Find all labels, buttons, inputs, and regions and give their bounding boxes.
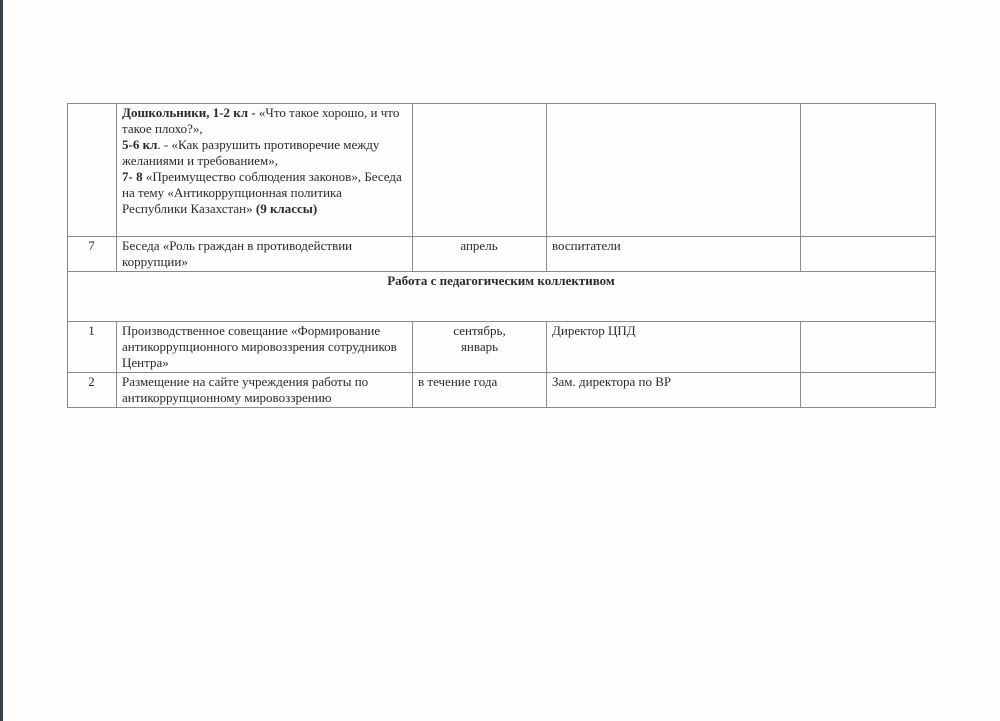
date-cell: апрель: [413, 237, 547, 272]
note-cell: [801, 373, 936, 408]
note-cell: [801, 237, 936, 272]
event-text: 5-6 кл: [122, 137, 157, 152]
event-text: . - «Как разрушить противоречие между же…: [122, 137, 379, 168]
event-cell: Производственное совещание «Формирование…: [117, 322, 413, 373]
event-cell: Беседа «Роль граждан в противодействии к…: [117, 237, 413, 272]
responsible-cell: Зам. директора по ВР: [547, 373, 801, 408]
responsible-cell: воспитатели: [547, 237, 801, 272]
scan-edge: [0, 0, 3, 721]
date-cell: сентябрь, январь: [413, 322, 547, 373]
row-number: 2: [68, 373, 117, 408]
section-header-row: Работа с педагогическим коллективом: [68, 272, 936, 322]
date-cell: [413, 104, 547, 237]
note-cell: [801, 322, 936, 373]
responsible-cell: [547, 104, 801, 237]
row-number: [68, 104, 117, 237]
responsible-cell: Директор ЦПД: [547, 322, 801, 373]
event-text: Дошкольники, 1-2 кл -: [122, 105, 259, 120]
table-row: 1 Производственное совещание «Формирован…: [68, 322, 936, 373]
activity-plan-table: Дошкольники, 1-2 кл - «Что такое хорошо,…: [67, 103, 936, 408]
event-text: (9 классы): [256, 201, 317, 216]
row-number: 7: [68, 237, 117, 272]
row-number: 1: [68, 322, 117, 373]
event-cell: Дошкольники, 1-2 кл - «Что такое хорошо,…: [117, 104, 413, 237]
note-cell: [801, 104, 936, 237]
event-text: 7- 8: [122, 169, 143, 184]
table-row: 2 Размещение на сайте учреждения работы …: [68, 373, 936, 408]
table-row: Дошкольники, 1-2 кл - «Что такое хорошо,…: [68, 104, 936, 237]
table-row: 7 Беседа «Роль граждан в противодействии…: [68, 237, 936, 272]
date-cell: в течение года: [413, 373, 547, 408]
event-cell: Размещение на сайте учреждения работы по…: [117, 373, 413, 408]
section-title: Работа с педагогическим коллективом: [68, 272, 936, 322]
